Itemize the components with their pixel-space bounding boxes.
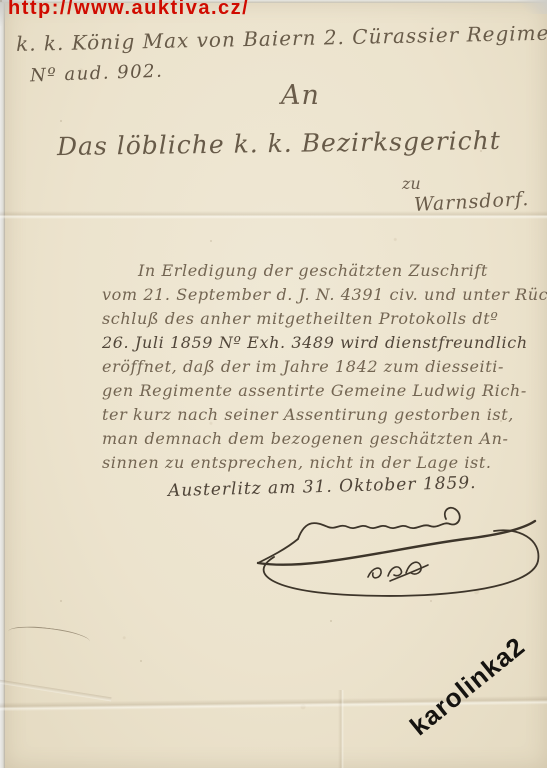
body-line: sinnen zu entsprechen, nicht in der Lage… [102, 453, 492, 472]
body-line: eröffnet, daß der im Jahre 1842 zum dies… [102, 357, 504, 376]
recipient-court-line: Das löbliche k. k. Bezirksgericht [57, 126, 501, 161]
body-line: 26. Juli 1859 Nº Exh. 3489 wird dienstfr… [102, 333, 528, 352]
body-line: gen Regimente assentirte Gemeine Ludwig … [102, 381, 527, 400]
paper-corner-top-right [507, 0, 547, 14]
recipient-zu: zu [402, 174, 421, 193]
auction-url-watermark: http://www.auktiva.cz/ [8, 0, 249, 20]
scan-left-edge [0, 0, 5, 768]
signature-flourish [240, 497, 547, 603]
paper-speckles [0, 0, 2, 2]
scanned-letter-page: http://www.auktiva.cz/ k. k. König Max v… [0, 0, 547, 768]
body-line: ter kurz nach seiner Assentirung gestorb… [102, 405, 514, 424]
salutation-an: An [281, 80, 320, 111]
body-line: schluß des anher mitgetheilten Protokoll… [102, 309, 498, 328]
body-line: man demnach dem bezogenen geschätzten An… [102, 429, 509, 448]
body-line: In Erledigung der geschätzten Zuschrift [138, 261, 488, 280]
body-line: vom 21. September d. J. N. 4391 civ. und… [102, 285, 547, 304]
